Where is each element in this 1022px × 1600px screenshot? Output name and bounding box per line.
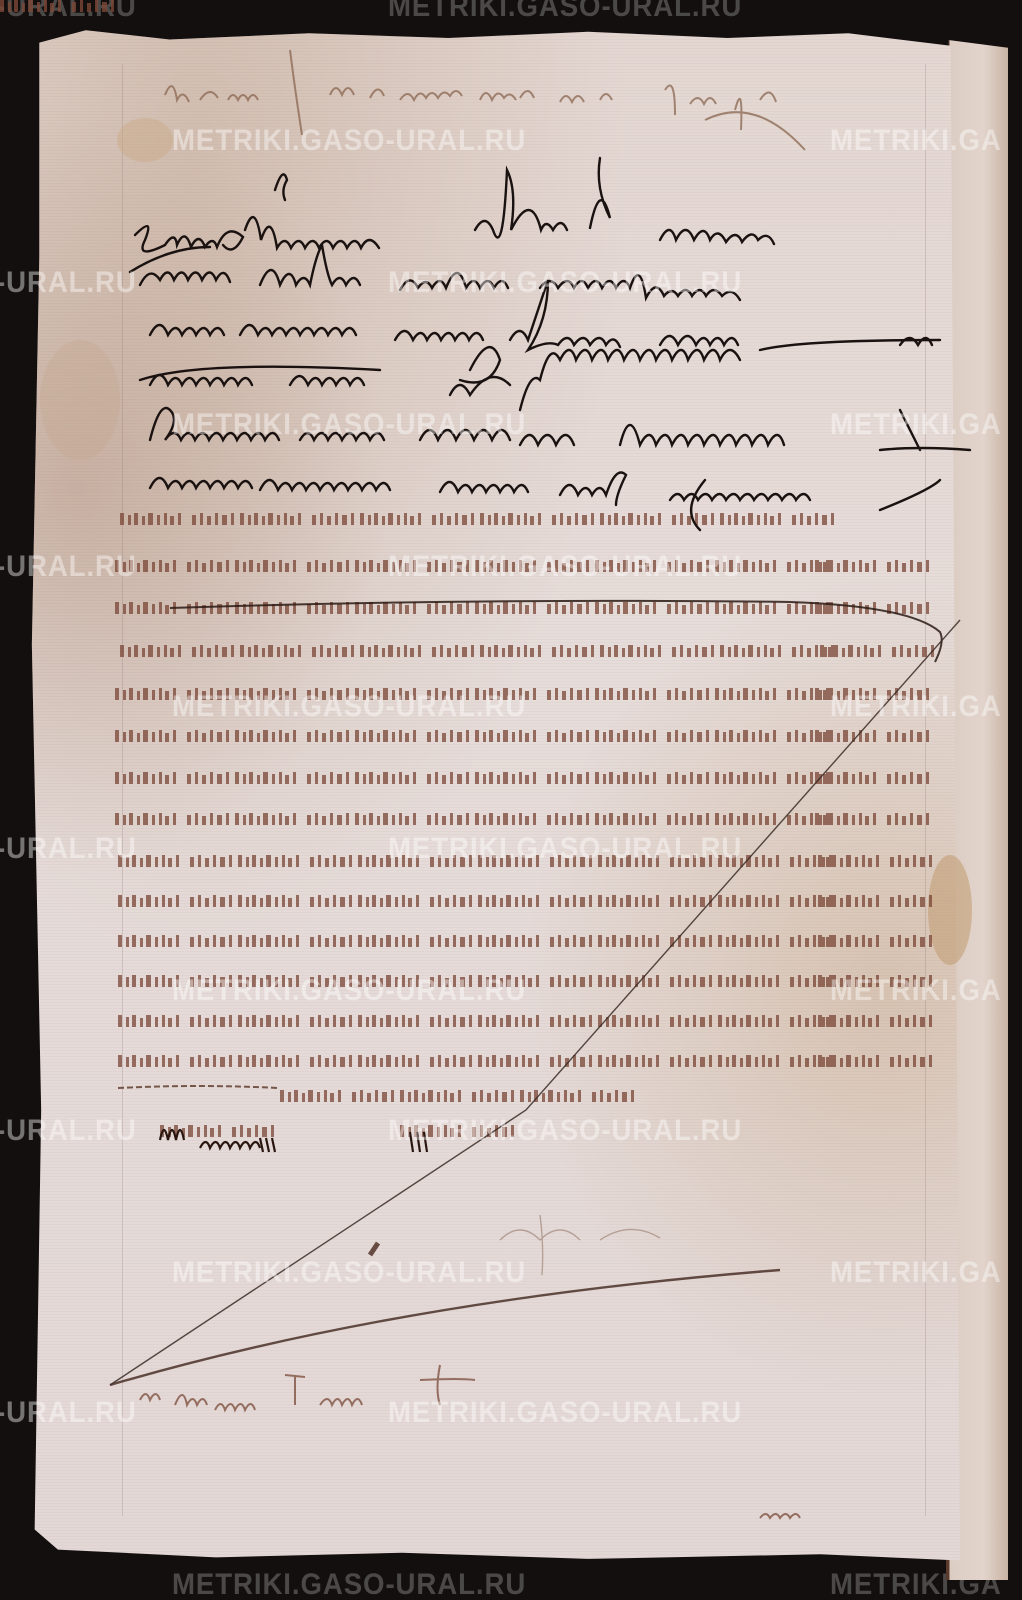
faded-print-lines [0,0,114,12]
handwriting-layer [0,0,1022,1600]
top-margin-note [165,50,805,150]
signature-entry [160,1130,427,1152]
cursive-text-block [130,158,970,530]
bottom-faint-note [140,1365,800,1518]
scan-viewport: -URAL.RU METRIKI.GASO-URAL.RU METRIKI.GA… [0,0,1022,1600]
